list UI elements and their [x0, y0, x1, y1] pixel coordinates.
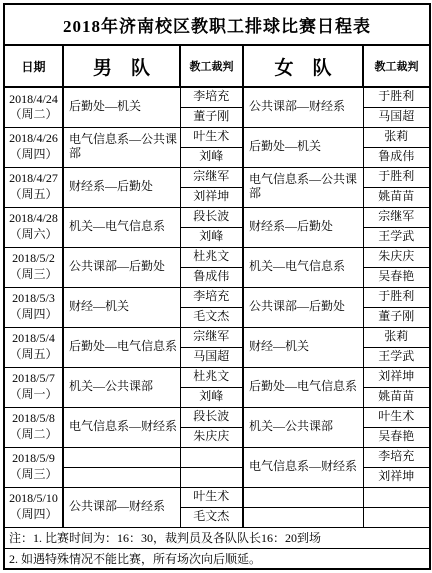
column-header-date: 日期	[4, 45, 63, 87]
women-referee-cell: 刘祥坤	[363, 467, 430, 487]
date-text: 2018/5/10	[5, 491, 62, 507]
men-referee-cell: 毛文杰	[180, 507, 243, 527]
women-referee-cell: 于胜利	[363, 287, 430, 307]
women-team-cell: 财经系—后勤处	[243, 207, 363, 247]
women-referee-cell: 刘祥坤	[363, 367, 430, 387]
weekday-text: （周四）	[5, 507, 62, 523]
women-team-cell: 机关—公共课部	[243, 407, 363, 447]
men-referee-cell: 刘峰	[180, 227, 243, 247]
date-cell: 2018/5/2（周三）	[4, 247, 63, 287]
date-text: 2018/5/2	[5, 251, 62, 267]
weekday-text: （周一）	[5, 387, 62, 403]
women-team-cell: 公共课部—财经系	[243, 87, 363, 127]
column-header-women-team: 女 队	[243, 45, 363, 87]
date-cell: 2018/5/7（周一）	[4, 367, 63, 407]
schedule-row: 2018/5/4（周五）后勤处—电气信息系宗继军财经—机关张莉	[4, 327, 430, 347]
men-team-cell: 公共课部—后勤处	[63, 247, 180, 287]
men-referee-cell: 段长波	[180, 407, 243, 427]
date-text: 2018/4/27	[5, 171, 62, 187]
women-referee-cell: 鲁成伟	[363, 147, 430, 167]
women-referee-cell: 叶生术	[363, 407, 430, 427]
women-team-cell: 后勤处—电气信息系	[243, 367, 363, 407]
men-team-cell: 公共课部—财经系	[63, 487, 180, 527]
schedule-row: 2018/4/24（周二）后勤处—机关李培充公共课部—财经系于胜利	[4, 87, 430, 107]
women-team-cell-empty	[243, 507, 363, 527]
date-text: 2018/5/3	[5, 291, 62, 307]
date-cell: 2018/4/28（周六）	[4, 207, 63, 247]
date-text: 2018/4/24	[5, 92, 62, 108]
men-referee-cell: 杜兆文	[180, 247, 243, 267]
schedule-row: 2018/5/7（周一）机关—公共课部杜兆文后勤处—电气信息系刘祥坤	[4, 367, 430, 387]
women-team-cell: 后勤处—机关	[243, 127, 363, 167]
men-referee-cell: 鲁成伟	[180, 267, 243, 287]
women-referee-cell: 张莉	[363, 127, 430, 147]
women-team-cell: 电气信息系—财经系	[243, 447, 363, 487]
schedule-row: 2018/5/8（周二）电气信息系—财经系段长波机关—公共课部叶生术	[4, 407, 430, 427]
men-team-cell: 财经系—后勤处	[63, 167, 180, 207]
women-referee-cell: 吴春艳	[363, 427, 430, 447]
document-page: 2018年济南校区教职工排球比赛日程表 日期 男 队 教工裁判 女 队 教工裁判…	[0, 0, 432, 573]
date-cell: 2018/5/4（周五）	[4, 327, 63, 367]
date-cell: 2018/5/10（周四）	[4, 487, 63, 527]
women-referee-cell: 张莉	[363, 327, 430, 347]
schedule-table: 2018年济南校区教职工排球比赛日程表 日期 男 队 教工裁判 女 队 教工裁判…	[3, 3, 431, 570]
men-referee-cell: 叶生术	[180, 127, 243, 147]
men-team-cell: 后勤处—电气信息系	[63, 327, 180, 367]
date-text: 2018/4/26	[5, 131, 62, 147]
note-row: 注：1. 比赛时间为：16：30，裁判员及各队队长16：20到场	[4, 527, 430, 548]
schedule-row: 2018/5/3（周四）财经—机关李培充公共课部—后勤处于胜利	[4, 287, 430, 307]
column-header-men-team: 男 队	[63, 45, 180, 87]
women-referee-cell: 于胜利	[363, 167, 430, 187]
date-cell: 2018/4/24（周二）	[4, 87, 63, 127]
schedule-row: 2018/5/10（周四）公共课部—财经系叶生术	[4, 487, 430, 507]
women-referee-cell	[363, 487, 430, 507]
men-referee-cell: 刘峰	[180, 147, 243, 167]
women-referee-cell: 王学武	[363, 227, 430, 247]
men-team-cell-empty	[63, 467, 180, 487]
date-cell: 2018/5/9（周三）	[4, 447, 63, 487]
men-referee-cell: 刘峰	[180, 387, 243, 407]
men-referee-cell: 段长波	[180, 207, 243, 227]
men-referee-cell: 宗继军	[180, 327, 243, 347]
men-team-cell-empty	[63, 447, 180, 467]
column-header-men-referee: 教工裁判	[180, 45, 243, 87]
men-referee-cell: 叶生术	[180, 487, 243, 507]
men-referee-cell: 李培充	[180, 87, 243, 107]
note-text-1: 注：1. 比赛时间为：16：30，裁判员及各队队长16：20到场	[4, 527, 430, 548]
schedule-row: 2018/4/27（周五）财经系—后勤处宗继军电气信息系—公共课部于胜利	[4, 167, 430, 187]
men-team-cell: 电气信息系—财经系	[63, 407, 180, 447]
schedule-row: 2018/4/28（周六）机关—电气信息系段长波财经系—后勤处宗继军	[4, 207, 430, 227]
women-team-cell: 公共课部—后勤处	[243, 287, 363, 327]
weekday-text: （周三）	[5, 267, 62, 283]
men-referee-cell	[180, 447, 243, 467]
women-referee-cell: 于胜利	[363, 87, 430, 107]
weekday-text: （周三）	[5, 467, 62, 483]
men-team-cell: 后勤处—机关	[63, 87, 180, 127]
date-cell: 2018/4/26（周四）	[4, 127, 63, 167]
date-text: 2018/5/7	[5, 371, 62, 387]
women-team-cell: 机关—电气信息系	[243, 247, 363, 287]
women-team-cell: 电气信息系—公共课部	[243, 167, 363, 207]
men-referee-cell: 朱庆庆	[180, 427, 243, 447]
date-cell: 2018/4/27（周五）	[4, 167, 63, 207]
women-referee-cell: 姚苗苗	[363, 387, 430, 407]
women-referee-cell: 马国超	[363, 107, 430, 127]
date-cell: 2018/5/3（周四）	[4, 287, 63, 327]
page-title: 2018年济南校区教职工排球比赛日程表	[4, 4, 430, 45]
weekday-text: （周六）	[5, 227, 62, 243]
women-referee-cell: 王学武	[363, 347, 430, 367]
schedule-row: 2018/5/2（周三）公共课部—后勤处杜兆文机关—电气信息系朱庆庆	[4, 247, 430, 267]
weekday-text: （周二）	[5, 107, 62, 123]
date-text: 2018/5/8	[5, 411, 62, 427]
men-referee-cell	[180, 467, 243, 487]
weekday-text: （周四）	[5, 147, 62, 163]
weekday-text: （周二）	[5, 427, 62, 443]
note-text-2: 2. 如遇特殊情况不能比赛，所有场次向后顺延。	[4, 548, 430, 569]
note-row: 2. 如遇特殊情况不能比赛，所有场次向后顺延。	[4, 548, 430, 569]
women-referee-cell: 董子刚	[363, 307, 430, 327]
women-team-cell: 财经—机关	[243, 327, 363, 367]
men-team-cell: 财经—机关	[63, 287, 180, 327]
men-referee-cell: 刘祥坤	[180, 187, 243, 207]
date-text: 2018/5/9	[5, 451, 62, 467]
women-referee-cell: 姚苗苗	[363, 187, 430, 207]
date-cell: 2018/5/8（周二）	[4, 407, 63, 447]
men-referee-cell: 李培充	[180, 287, 243, 307]
weekday-text: （周五）	[5, 347, 62, 363]
weekday-text: （周四）	[5, 307, 62, 323]
date-text: 2018/5/4	[5, 331, 62, 347]
weekday-text: （周五）	[5, 187, 62, 203]
schedule-row: 2018/5/9（周三）电气信息系—财经系李培充	[4, 447, 430, 467]
men-referee-cell: 董子刚	[180, 107, 243, 127]
schedule-row-sub: 刘祥坤	[4, 467, 430, 487]
men-referee-cell: 杜兆文	[180, 367, 243, 387]
women-referee-cell: 朱庆庆	[363, 247, 430, 267]
men-team-cell: 机关—公共课部	[63, 367, 180, 407]
men-team-cell: 机关—电气信息系	[63, 207, 180, 247]
men-team-cell: 电气信息系—公共课部	[63, 127, 180, 167]
date-text: 2018/4/28	[5, 211, 62, 227]
men-referee-cell: 马国超	[180, 347, 243, 367]
women-referee-cell: 宗继军	[363, 207, 430, 227]
men-referee-cell: 毛文杰	[180, 307, 243, 327]
women-referee-cell: 李培充	[363, 447, 430, 467]
column-header-women-referee: 教工裁判	[363, 45, 430, 87]
women-referee-cell	[363, 507, 430, 527]
women-referee-cell: 吴春艳	[363, 267, 430, 287]
women-team-cell-empty	[243, 487, 363, 507]
men-referee-cell: 宗继军	[180, 167, 243, 187]
schedule-row: 2018/4/26（周四）电气信息系—公共课部叶生术后勤处—机关张莉	[4, 127, 430, 147]
